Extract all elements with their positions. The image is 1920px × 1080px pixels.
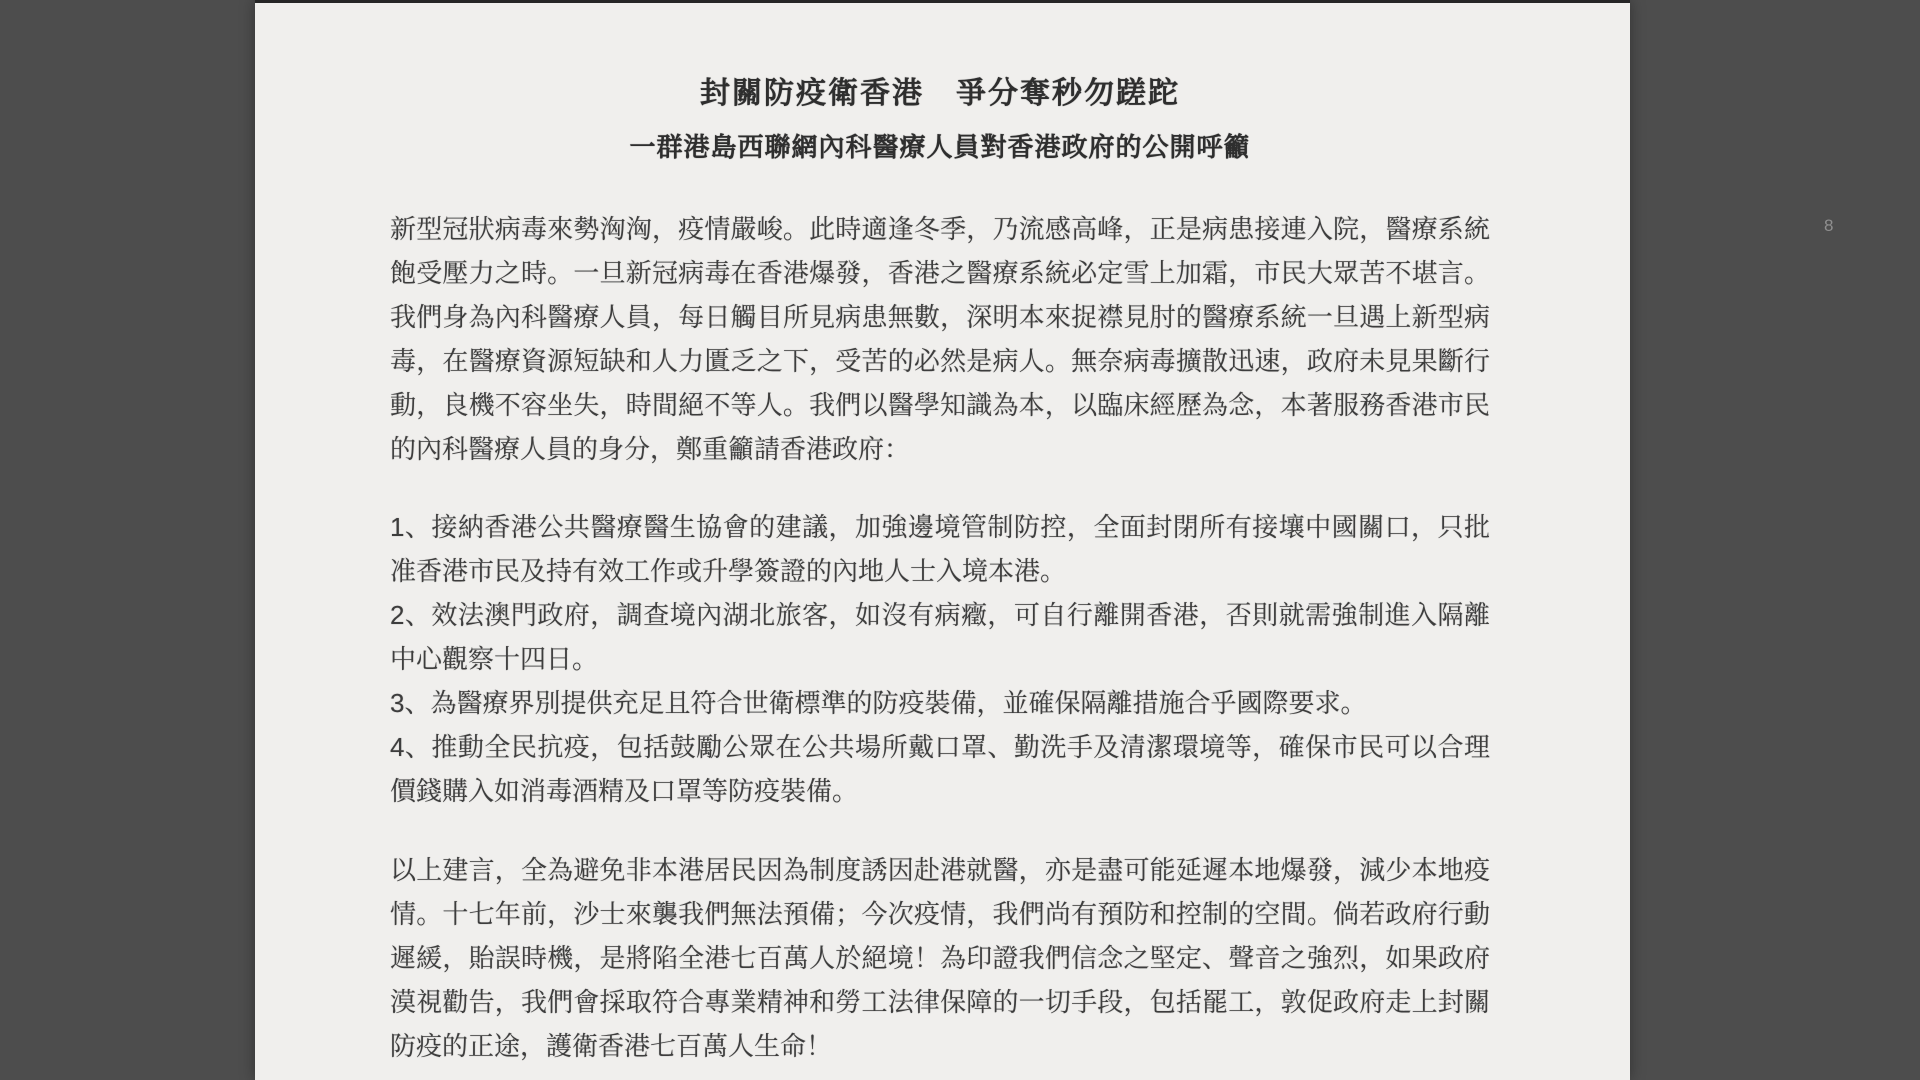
document-content: 封關防疫衛香港 爭分奪秒勿蹉跎 一群港島西聯網內科醫療人員對香港政府的公開呼籲 … xyxy=(390,0,1490,1068)
demand-item-2: 2、效法澳門政府，調查境內湖北旅客，如沒有病癥，可自行離開香港，否則就需強制進入… xyxy=(390,593,1490,681)
side-marker: 8 xyxy=(1824,216,1833,236)
document-page: 封關防疫衛香港 爭分奪秒勿蹉跎 一群港島西聯網內科醫療人員對香港政府的公開呼籲 … xyxy=(255,0,1630,1080)
demand-item-3: 3、為醫療界別提供充足且符合世衛標準的防疫裝備，並確保隔離措施合乎國際要求。 xyxy=(390,681,1490,725)
video-frame: 封關防疫衛香港 爭分奪秒勿蹉跎 一群港島西聯網內科醫療人員對香港政府的公開呼籲 … xyxy=(0,0,1920,1080)
demand-item-1: 1、接納香港公共醫療醫生協會的建議，加強邊境管制防控，全面封閉所有接壤中國關口，… xyxy=(390,505,1490,593)
demand-list: 1、接納香港公共醫療醫生協會的建議，加強邊境管制防控，全面封閉所有接壤中國關口，… xyxy=(390,505,1490,813)
closing-paragraph: 以上建言，全為避免非本港居民因為制度誘因赴港就醫，亦是盡可能延遲本地爆發，減少本… xyxy=(390,848,1490,1068)
demand-item-4: 4、推動全民抗疫，包括鼓勵公眾在公共場所戴口罩、勤洗手及清潔環境等，確保市民可以… xyxy=(390,725,1490,813)
document-subtitle: 一群港島西聯網內科醫療人員對香港政府的公開呼籲 xyxy=(390,130,1490,164)
intro-paragraph: 新型冠狀病毒來勢洶洶，疫情嚴峻。此時適逢冬季，乃流感高峰，正是病患接連入院，醫療… xyxy=(390,207,1490,471)
document-title: 封關防疫衛香港 爭分奪秒勿蹉跎 xyxy=(390,76,1490,112)
